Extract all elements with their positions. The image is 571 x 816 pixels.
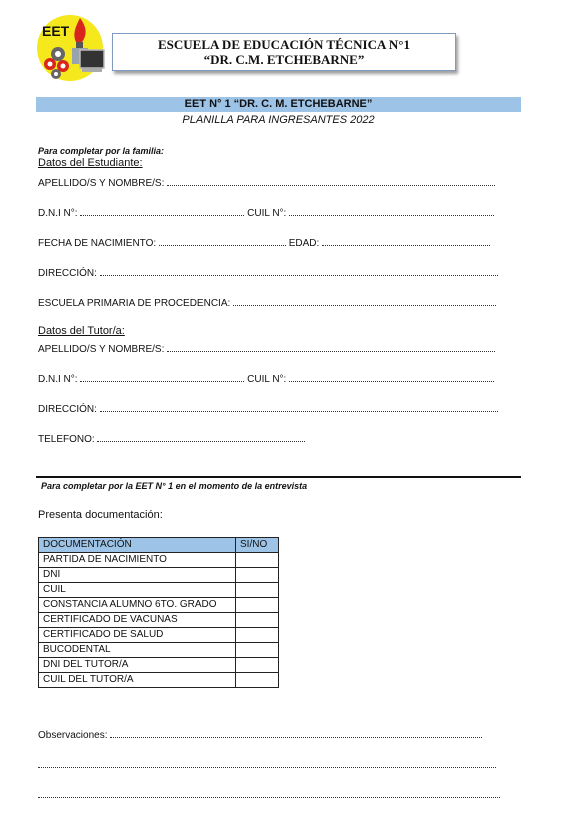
doc-name: CUIL DEL TUTOR/A xyxy=(39,673,236,688)
si-no-cell[interactable] xyxy=(236,553,279,568)
fill-line[interactable] xyxy=(100,266,498,276)
field-label: CUIL N°: xyxy=(247,208,286,219)
observations-field[interactable]: Observaciones: xyxy=(38,728,482,742)
fill-line[interactable] xyxy=(110,728,482,738)
student-birth-field[interactable]: FECHA DE NACIMIENTO: EDAD: xyxy=(38,236,490,250)
school-note: Para completar por la EET N° 1 en el mom… xyxy=(41,481,307,491)
field-label: DIRECCIÓN: xyxy=(38,404,97,415)
observations-line-3[interactable] xyxy=(38,797,500,798)
si-no-cell[interactable] xyxy=(236,628,279,643)
table-row: CERTIFICADO DE SALUD xyxy=(39,628,279,643)
field-label: APELLIDO/S Y NOMBRE/S: xyxy=(38,178,164,189)
student-name-field[interactable]: APELLIDO/S Y NOMBRE/S: xyxy=(38,176,495,190)
field-label: EDAD: xyxy=(289,238,320,249)
table-row: CERTIFICADO DE VACUNAS xyxy=(39,613,279,628)
si-no-cell[interactable] xyxy=(236,643,279,658)
school-logo-icon: EET xyxy=(36,14,108,82)
si-no-cell[interactable] xyxy=(236,568,279,583)
fill-line[interactable] xyxy=(289,372,494,382)
logo-text: EET xyxy=(42,23,69,39)
field-label: TELEFONO: xyxy=(38,434,95,445)
si-no-cell[interactable] xyxy=(236,598,279,613)
field-label: CUIL N°: xyxy=(247,374,286,385)
school-patron: “DR. C.M. ETCHEBARNE” xyxy=(113,52,455,67)
tutor-phone-field[interactable]: TELEFONO: xyxy=(38,432,305,446)
field-label: Observaciones: xyxy=(38,730,107,741)
fill-line[interactable] xyxy=(159,236,286,246)
student-school-field[interactable]: ESCUELA PRIMARIA DE PROCEDENCIA: xyxy=(38,296,496,310)
observations-line-2[interactable] xyxy=(38,767,496,768)
table-row: PARTIDA DE NACIMIENTO xyxy=(39,553,279,568)
school-header: ESCUELA DE EDUCACIÓN TÉCNICA N°1 “DR. C.… xyxy=(112,33,456,71)
fill-line[interactable] xyxy=(100,402,498,412)
section-divider xyxy=(36,476,521,478)
table-header-row: DOCUMENTACIÓN SI/NO xyxy=(39,538,279,553)
column-header-si-no: SI/NO xyxy=(236,538,279,553)
doc-name: CONSTANCIA ALUMNO 6TO. GRADO xyxy=(39,598,236,613)
student-dni-field[interactable]: D.N.I N°: CUIL N°: xyxy=(38,206,494,220)
student-address-field[interactable]: DIRECCIÓN: xyxy=(38,266,498,280)
fill-line[interactable] xyxy=(80,206,244,216)
doc-name: DNI DEL TUTOR/A xyxy=(39,658,236,673)
school-band-title: EET N° 1 “DR. C. M. ETCHEBARNE” xyxy=(36,97,521,112)
fill-line[interactable] xyxy=(322,236,490,246)
table-row: CUIL xyxy=(39,583,279,598)
table-row: DNI DEL TUTOR/A xyxy=(39,658,279,673)
doc-name: CERTIFICADO DE SALUD xyxy=(39,628,236,643)
column-header-documentation: DOCUMENTACIÓN xyxy=(39,538,236,553)
field-label: D.N.I N°: xyxy=(38,374,78,385)
field-label: ESCUELA PRIMARIA DE PROCEDENCIA: xyxy=(38,298,230,309)
doc-name: DNI xyxy=(39,568,236,583)
school-name: ESCUELA DE EDUCACIÓN TÉCNICA N°1 xyxy=(113,37,455,52)
form-title: PLANILLA PARA INGRESANTES 2022 xyxy=(36,113,521,127)
si-no-cell[interactable] xyxy=(236,673,279,688)
table-row: CONSTANCIA ALUMNO 6TO. GRADO xyxy=(39,598,279,613)
tutor-address-field[interactable]: DIRECCIÓN: xyxy=(38,402,498,416)
tutor-heading: Datos del Tutor/a: xyxy=(38,325,125,337)
student-heading: Datos del Estudiante: xyxy=(38,157,143,169)
si-no-cell[interactable] xyxy=(236,613,279,628)
docs-label: Presenta documentación: xyxy=(38,509,163,521)
field-label: FECHA DE NACIMIENTO: xyxy=(38,238,156,249)
documentation-table: DOCUMENTACIÓN SI/NO PARTIDA DE NACIMIENT… xyxy=(38,537,279,688)
field-label: D.N.I N°: xyxy=(38,208,78,219)
table-row: CUIL DEL TUTOR/A xyxy=(39,673,279,688)
field-label: DIRECCIÓN: xyxy=(38,268,97,279)
fill-line[interactable] xyxy=(97,432,305,442)
table-row: BUCODENTAL xyxy=(39,643,279,658)
si-no-cell[interactable] xyxy=(236,583,279,598)
fill-line[interactable] xyxy=(167,176,495,186)
fill-line[interactable] xyxy=(167,342,495,352)
field-label: APELLIDO/S Y NOMBRE/S: xyxy=(38,344,164,355)
si-no-cell[interactable] xyxy=(236,658,279,673)
family-note: Para completar por la familia: xyxy=(38,146,164,156)
doc-name: CUIL xyxy=(39,583,236,598)
fill-line[interactable] xyxy=(80,372,244,382)
tutor-name-field[interactable]: APELLIDO/S Y NOMBRE/S: xyxy=(38,342,495,356)
fill-line[interactable] xyxy=(233,296,496,306)
tutor-dni-field[interactable]: D.N.I N°: CUIL N°: xyxy=(38,372,494,386)
fill-line[interactable] xyxy=(289,206,494,216)
doc-name: CERTIFICADO DE VACUNAS xyxy=(39,613,236,628)
doc-name: PARTIDA DE NACIMIENTO xyxy=(39,553,236,568)
doc-name: BUCODENTAL xyxy=(39,643,236,658)
table-row: DNI xyxy=(39,568,279,583)
